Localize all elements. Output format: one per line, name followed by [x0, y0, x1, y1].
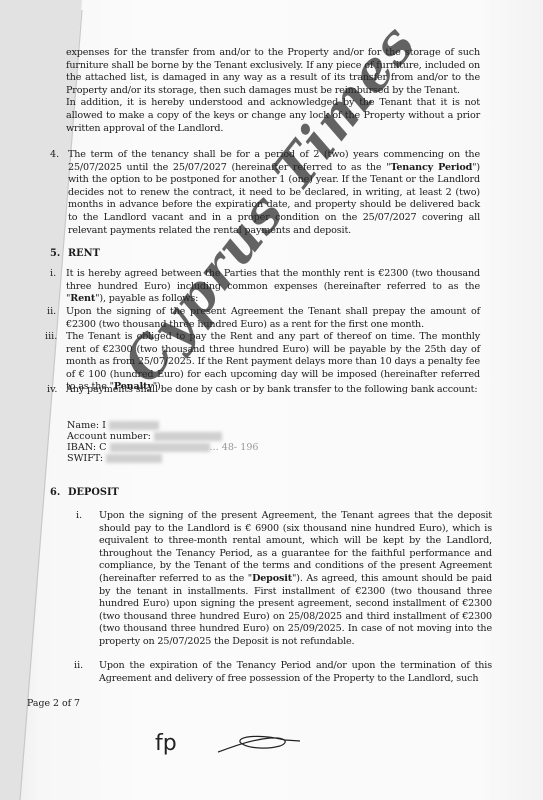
furniture-text: expenses for the transfer from and/or to… [66, 47, 480, 97]
signature: fp [150, 722, 310, 762]
section-number: 5. [50, 248, 60, 259]
account-label: Account number: [67, 431, 151, 442]
rent-item-iv: Any payments shall be done by cash or by… [66, 384, 480, 397]
bank-name-line: Name: I [67, 420, 159, 431]
page-number: Page 2 of 7 [27, 698, 80, 709]
item-number: iv. [47, 384, 57, 397]
rent-item-ii: Upon the signing of the present Agreemen… [66, 306, 480, 331]
deposit-item-i: Upon the signing of the present Agreemen… [99, 510, 492, 649]
rent-term: Rent [70, 293, 95, 304]
deposit-term: Deposit [252, 573, 292, 584]
rent-item-i: It is hereby agreed between the Parties … [66, 268, 480, 306]
section-number: 6. [50, 487, 60, 498]
bank-swift-line: SWIFT: [67, 453, 162, 464]
item-number: i. [76, 510, 82, 523]
bank-name-label: Name: I [67, 420, 106, 431]
iban-tail: ... 48- 196 [210, 442, 259, 453]
deposit-item-ii: Upon the expiration of the Tenancy Perio… [99, 660, 492, 685]
item-number: i. [50, 268, 56, 281]
redacted-block [106, 454, 162, 463]
item-number: ii. [74, 660, 83, 673]
rent-i-after: "), payable as follows: [95, 293, 198, 304]
item-number: ii. [47, 306, 56, 319]
bank-iban-line: IBAN: C ... 48- 196 [67, 442, 259, 453]
clause-4-text: The term of the tenancy shall be for a p… [68, 149, 480, 237]
clause-number: 4. [50, 149, 59, 162]
keys-text: In addition, it is hereby understood and… [66, 97, 480, 135]
iban-label: IBAN: C [67, 442, 106, 453]
swift-label: SWIFT: [67, 453, 103, 464]
redacted-block [154, 432, 222, 441]
deposit-heading: DEPOSIT [68, 487, 119, 498]
continuation-paragraph: expenses for the transfer from and/or to… [66, 47, 480, 135]
item-number: iii. [45, 331, 57, 344]
signature-scribble [218, 736, 300, 752]
deposit-i-after: "). As agreed, this amount should be pai… [99, 573, 492, 647]
bank-account-line: Account number: [67, 431, 222, 442]
rent-heading: RENT [68, 248, 100, 259]
initials: fp [155, 731, 177, 756]
redacted-block [109, 421, 159, 430]
tenancy-period-term: Tenancy Period [390, 162, 472, 173]
redacted-block [110, 443, 210, 452]
